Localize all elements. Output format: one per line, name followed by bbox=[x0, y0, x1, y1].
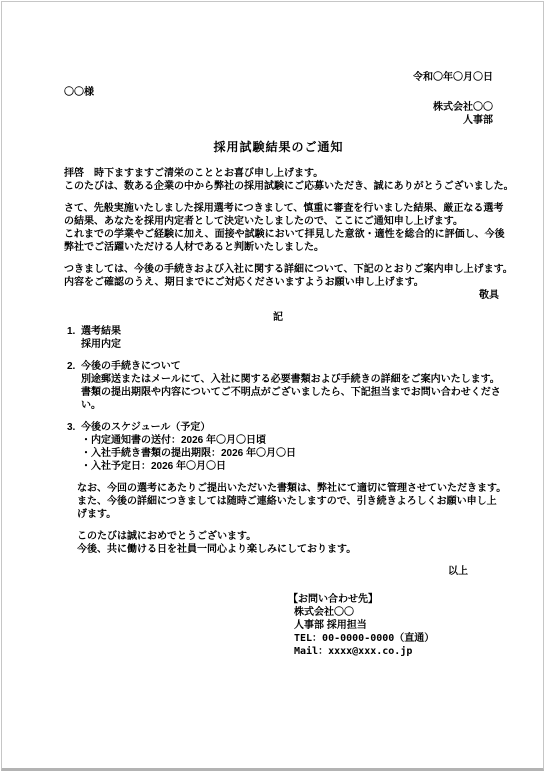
body-line: これまでの学業やご経験に加え、面接や試験において拝見した意欲・適性を総合的に評価… bbox=[64, 228, 493, 241]
congratulations-line: このたびは誠におめでとうございます。 bbox=[77, 530, 493, 543]
notes-paragraph: なお、今回の選考にあたりご提出いただいた書類は、弊社にて適切に管理させていただき… bbox=[64, 482, 493, 521]
contact-block: 【お問い合わせ先】 株式会社〇〇 人事部 採用担当 TEL：00-0000-00… bbox=[288, 593, 493, 658]
letter-title: 採用試験結果のご通知 bbox=[64, 140, 493, 155]
item-title: 今後のスケジュール（予定） bbox=[81, 422, 210, 433]
item-title: 今後の手続きについて bbox=[81, 361, 181, 372]
contact-heading: 【お問い合わせ先】 bbox=[288, 593, 493, 606]
request-line: 内容をご確認のうえ、期日までにご対応くださいますようお願い申し上げます。 bbox=[64, 276, 493, 289]
sender-company: 株式会社〇〇 bbox=[64, 101, 493, 114]
contact-tel: TEL：00-0000-0000（直通） bbox=[294, 632, 493, 645]
body-line: さて、先般実施いたしました採用選考につきまして、慎重に審査を行いました結果、厳正… bbox=[64, 202, 493, 215]
item-line: 書類の提出期限や内容についてご不明点がございましたら、下記担当までお問い合わせく… bbox=[81, 386, 493, 399]
body-line: 弊社でご活躍いただける人材であると判断いたしました。 bbox=[64, 241, 493, 254]
contact-company: 株式会社〇〇 bbox=[294, 606, 493, 619]
schedule-line: ・入社予定日：2026 年〇月〇日 bbox=[81, 460, 493, 473]
congratulations-line: 今後、共に働ける日を社員一同心より楽しみにしております。 bbox=[77, 543, 493, 556]
greeting-paragraph: 拝啓 時下ますますご清栄のこととお喜び申し上げます。 このたびは、数ある企業の中… bbox=[64, 167, 493, 193]
greeting-line: このたびは、数ある企業の中から弊社の採用試験にご応募いただき、誠にありがとうござ… bbox=[64, 180, 493, 193]
contact-mail: Mail：xxxx@xxx.co.jp bbox=[294, 645, 493, 658]
item-title-line: 3.今後のスケジュール（予定） bbox=[64, 421, 493, 434]
contact-department: 人事部 採用担当 bbox=[294, 619, 493, 632]
notes-line: げます。 bbox=[77, 508, 493, 521]
item-title-line: 2.今後の手続きについて bbox=[64, 360, 493, 373]
notes-line: なお、今回の選考にあたりご提出いただいた書類は、弊社にて適切に管理させていただき… bbox=[77, 482, 493, 495]
letter-date: 令和〇年〇月〇日 bbox=[64, 71, 493, 84]
item-number: 1. bbox=[67, 325, 81, 338]
request-line: つきましては、今後の手続きおよび入社に関する詳細について、下記のとおりご案内申し… bbox=[64, 263, 493, 276]
item-2: 2.今後の手続きについて 別途郵送またはメールにて、入社に関する必要書類および手… bbox=[64, 360, 493, 412]
greeting-line: 拝啓 時下ますますご清栄のこととお喜び申し上げます。 bbox=[64, 167, 493, 180]
closing-word: 敬具 bbox=[64, 289, 499, 302]
record-heading: 記 bbox=[64, 311, 493, 324]
letter-page: 令和〇年〇月〇日 〇〇様 株式会社〇〇 人事部 採用試験結果のご通知 拝啓 時下… bbox=[1, 1, 544, 771]
sender-department: 人事部 bbox=[64, 114, 493, 127]
request-paragraph: つきましては、今後の手続きおよび入社に関する詳細について、下記のとおりご案内申し… bbox=[64, 263, 493, 289]
body-line: の結果、あなたを採用内定者として決定いたしましたので、ここにご通知申し上げます。 bbox=[64, 215, 493, 228]
notes-line: また、今後の詳細につきましては随時ご連絡いたしますので、引き続きよろしくお願い申… bbox=[77, 495, 493, 508]
item-title-line: 1.選考結果 bbox=[64, 325, 493, 338]
item-number: 2. bbox=[67, 360, 81, 373]
schedule-line: ・内定通知書の送付：2026 年〇月〇日頃 bbox=[81, 434, 493, 447]
body-paragraph: さて、先般実施いたしました採用選考につきまして、慎重に審査を行いました結果、厳正… bbox=[64, 202, 493, 254]
item-1: 1.選考結果 採用内定 bbox=[64, 325, 493, 351]
end-word: 以上 bbox=[64, 565, 468, 578]
recipient-name: 〇〇様 bbox=[64, 86, 493, 99]
item-3: 3.今後のスケジュール（予定） ・内定通知書の送付：2026 年〇月〇日頃 ・入… bbox=[64, 421, 493, 473]
item-line: い。 bbox=[81, 399, 493, 412]
item-line: 別途郵送またはメールにて、入社に関する必要書類および手続きの詳細をご案内いたしま… bbox=[81, 373, 493, 386]
congratulations-paragraph: このたびは誠におめでとうございます。 今後、共に働ける日を社員一同心より楽しみに… bbox=[64, 530, 493, 556]
letter-content: 令和〇年〇月〇日 〇〇様 株式会社〇〇 人事部 採用試験結果のご通知 拝啓 時下… bbox=[2, 2, 543, 658]
item-line: 採用内定 bbox=[81, 338, 493, 351]
item-title: 選考結果 bbox=[81, 326, 121, 337]
item-number: 3. bbox=[67, 421, 81, 434]
schedule-line: ・入社手続き書類の提出期限：2026 年〇月〇日 bbox=[81, 447, 493, 460]
